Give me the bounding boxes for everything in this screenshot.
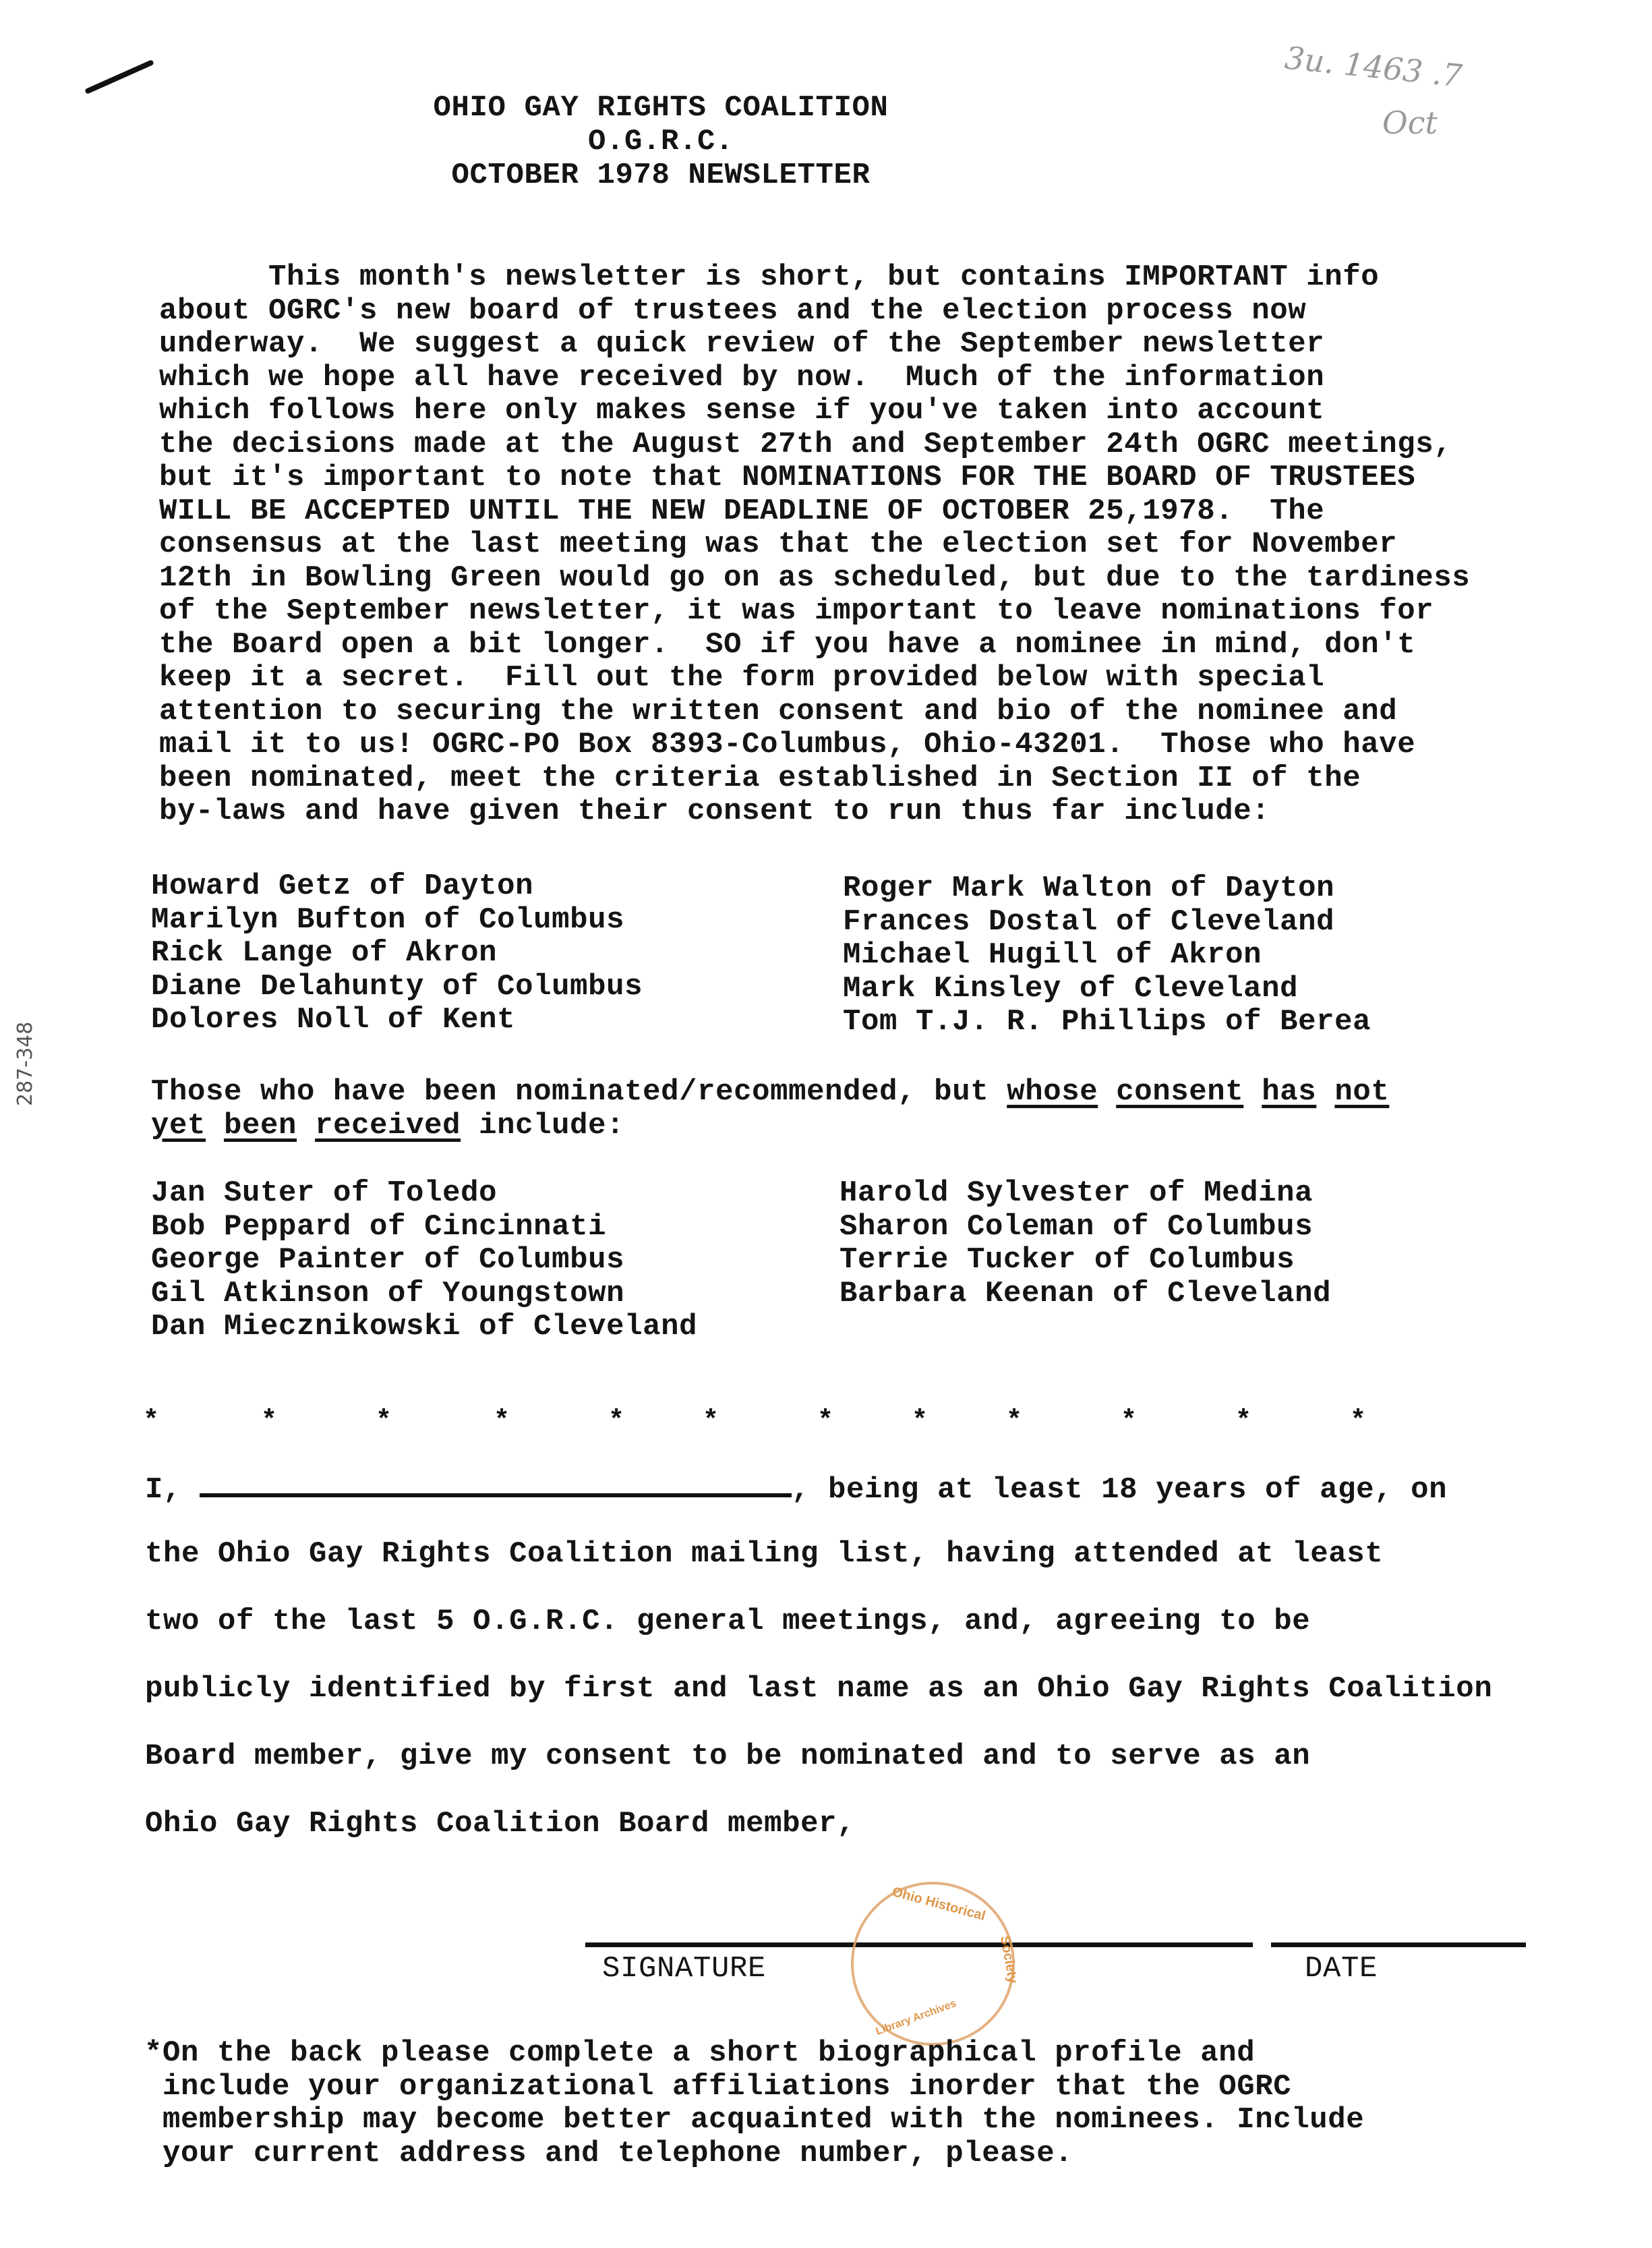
underlined-word: been — [224, 1109, 297, 1143]
newsletter-header: OHIO GAY RIGHTS COALITION O.G.R.C. OCTOB… — [0, 91, 1322, 192]
footnote-line: include your organizational affiliations… — [144, 2071, 1364, 2104]
pending-intro: Those who have been nominated/recommende… — [151, 1076, 1389, 1143]
pending-nominee-item: Bob Peppard of Cincinnati — [151, 1211, 697, 1244]
consent-line: Board member, give my consent to be nomi… — [145, 1740, 1310, 1774]
consent-line-1-rest: , being at least 18 years of age, on — [792, 1473, 1447, 1507]
paragraph-line: underway. We suggest a quick review of t… — [159, 328, 1470, 362]
paragraph-line: by-laws and have given their consent to … — [159, 795, 1470, 829]
paragraph-line: consensus at the last meeting was that t… — [159, 528, 1470, 562]
separator-star: * — [912, 1406, 928, 1437]
nominee-item: Roger Mark Walton of Dayton — [843, 872, 1371, 906]
consent-line: the Ohio Gay Rights Coalition mailing li… — [145, 1538, 1383, 1572]
consent-line: Ohio Gay Rights Coalition Board member, — [145, 1808, 855, 1841]
underlined-word: received — [315, 1109, 461, 1143]
org-name: OHIO GAY RIGHTS COALITION — [0, 91, 1322, 125]
paragraph-line: of the September newsletter, it was impo… — [159, 595, 1470, 629]
nominee-item: Tom T.J. R. Phillips of Berea — [843, 1006, 1371, 1039]
nominee-item: Howard Getz of Dayton — [151, 870, 643, 904]
stamp-top-text: Ohio Historical — [890, 1884, 986, 1924]
consented-nominees-right: Roger Mark Walton of DaytonFrances Dosta… — [843, 872, 1371, 1039]
pending-nominee-item: George Painter of Columbus — [151, 1244, 697, 1277]
signature-label: SIGNATURE — [602, 1953, 766, 1986]
paragraph-line: This month's newsletter is short, but co… — [159, 261, 1470, 295]
handwritten-margin-note: 287-348 — [13, 1022, 37, 1106]
paragraph-line: the Board open a bit longer. SO if you h… — [159, 629, 1470, 662]
pending-nominee-item: Barbara Keenan of Cleveland — [839, 1277, 1331, 1311]
pending-nominees-left: Jan Suter of ToledoBob Peppard of Cincin… — [151, 1177, 697, 1344]
footnote-line: your current address and telephone numbe… — [144, 2137, 1364, 2171]
handwritten-month: Oct — [1382, 105, 1438, 141]
paragraph-line: which follows here only makes sense if y… — [159, 395, 1470, 428]
intro-paragraph: This month's newsletter is short, but co… — [159, 261, 1470, 829]
separator-star: * — [1121, 1406, 1137, 1437]
separator-star: * — [494, 1406, 510, 1437]
paragraph-line: about OGRC's new board of trustees and t… — [159, 295, 1470, 328]
underlined-word: consent — [1116, 1075, 1243, 1109]
paragraph-line: keep it a secret. Fill out the form prov… — [159, 662, 1470, 695]
stamp-bottom-text: Library Archives — [875, 1998, 958, 2038]
footnote-line: *On the back please complete a short bio… — [144, 2037, 1364, 2071]
handwritten-archive-number: 3u. 1463 .7 — [1283, 39, 1464, 94]
pending-nominee-item: Terrie Tucker of Columbus — [839, 1244, 1331, 1277]
issue-title: OCTOBER 1978 NEWSLETTER — [0, 158, 1322, 192]
separator-star: * — [703, 1406, 719, 1437]
nominee-item: Marilyn Bufton of Columbus — [151, 904, 643, 938]
paragraph-line: attention to securing the written consen… — [159, 695, 1470, 729]
nominee-item: Mark Kinsley of Cleveland — [843, 973, 1371, 1006]
consented-nominees-left: Howard Getz of DaytonMarilyn Bufton of C… — [151, 870, 643, 1037]
underlined-word: not — [1334, 1075, 1389, 1109]
underlined-word: has — [1262, 1075, 1316, 1109]
pending-nominee-item: Harold Sylvester of Medina — [839, 1177, 1331, 1211]
date-field[interactable] — [1271, 1942, 1526, 1947]
separator-star: * — [143, 1406, 159, 1437]
paragraph-line: which we hope all have received by now. … — [159, 362, 1470, 395]
nominee-item: Rick Lange of Akron — [151, 937, 643, 971]
separator-star: * — [1006, 1406, 1022, 1437]
separator-star: * — [817, 1406, 833, 1437]
paragraph-line: 12th in Bowling Green would go on as sch… — [159, 562, 1470, 596]
nominee-item: Michael Hugill of Akron — [843, 939, 1371, 973]
nominee-item: Frances Dostal of Cleveland — [843, 906, 1371, 940]
paragraph-line: the decisions made at the August 27th an… — [159, 428, 1470, 462]
pending-nominee-item: Jan Suter of Toledo — [151, 1177, 697, 1211]
consent-line: two of the last 5 O.G.R.C. general meeti… — [145, 1605, 1310, 1639]
org-acronym: O.G.R.C. — [0, 125, 1322, 158]
paragraph-line: but it's important to note that NOMINATI… — [159, 461, 1470, 495]
paragraph-line: been nominated, meet the criteria establ… — [159, 762, 1470, 796]
pen-stroke-mark — [84, 59, 154, 94]
pending-nominee-item: Dan Miecznikowski of Cleveland — [151, 1310, 697, 1344]
nominee-item: Diane Delahunty of Columbus — [151, 971, 643, 1004]
separator-stars: ************ — [143, 1406, 1411, 1433]
underlined-word: yet — [151, 1109, 206, 1143]
pending-nominee-item: Sharon Coleman of Columbus — [839, 1211, 1331, 1244]
nominee-item: Dolores Noll of Kent — [151, 1004, 643, 1037]
archive-stamp: Ohio Historical Society Library Archives — [851, 1882, 1015, 2046]
consent-line-1: I, , being at least 18 years of age, on — [145, 1470, 1447, 1507]
consent-line: publicly identified by first and last na… — [145, 1673, 1492, 1706]
separator-star: * — [261, 1406, 277, 1437]
pending-nominees-right: Harold Sylvester of MedinaSharon Coleman… — [839, 1177, 1331, 1310]
paragraph-line: WILL BE ACCEPTED UNTIL THE NEW DEADLINE … — [159, 495, 1470, 529]
date-label: DATE — [1305, 1953, 1378, 1986]
nominee-name-field[interactable] — [200, 1470, 792, 1497]
separator-star: * — [1235, 1406, 1251, 1437]
separator-star: * — [376, 1406, 392, 1437]
consent-prefix: I, — [145, 1473, 181, 1507]
underlined-word: whose — [1007, 1075, 1098, 1109]
paragraph-line: mail it to us! OGRC-PO Box 8393-Columbus… — [159, 728, 1470, 762]
footnote: *On the back please complete a short bio… — [144, 2037, 1364, 2170]
footnote-line: membership may become better acquainted … — [144, 2104, 1364, 2137]
separator-star: * — [1350, 1406, 1366, 1437]
pending-nominee-item: Gil Atkinson of Youngstown — [151, 1277, 697, 1311]
separator-star: * — [608, 1406, 624, 1437]
